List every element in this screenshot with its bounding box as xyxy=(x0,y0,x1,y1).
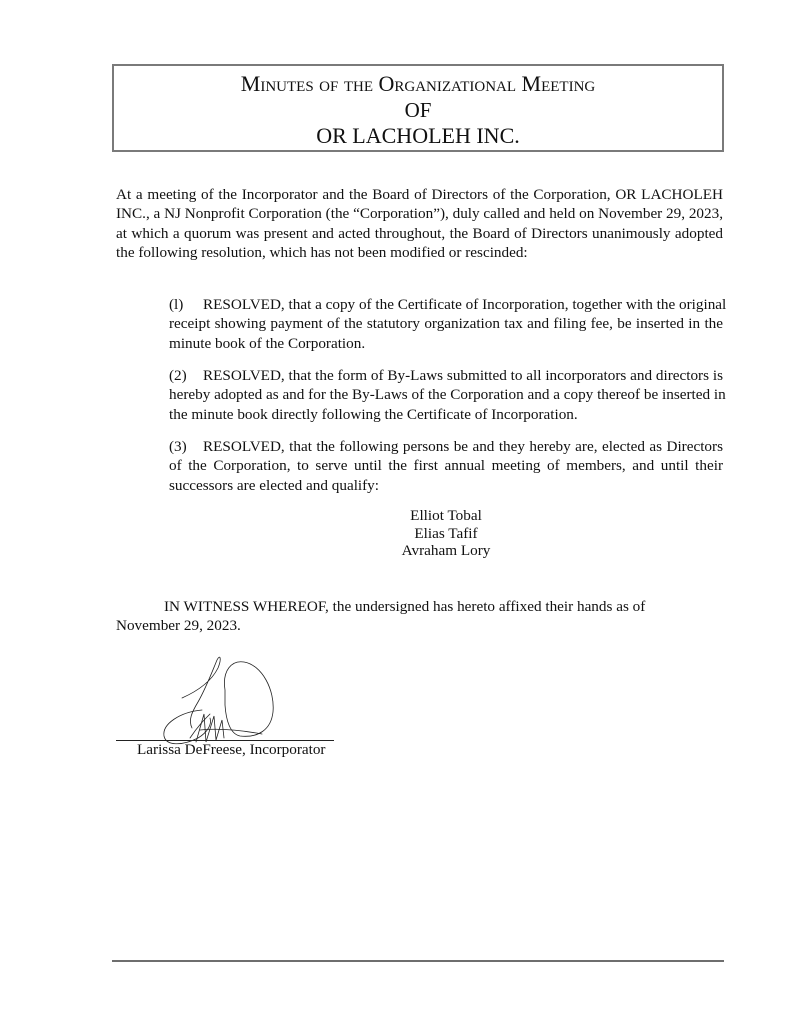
intro-line: the following resolution, which has not … xyxy=(116,243,723,262)
document-title-box: Minutes of the Organizational Meeting OF… xyxy=(112,64,724,152)
resolution-text: of the Corporation, to serve until the f… xyxy=(169,456,723,475)
resolution-number: (2) xyxy=(169,366,203,385)
intro-paragraph: At a meeting of the Incorporator and the… xyxy=(116,185,723,263)
signatory-name: Larissa DeFreese, Incorporator xyxy=(137,741,326,759)
resolution-3: (3)RESOLVED, that the following persons … xyxy=(169,437,723,495)
witness-line-1: IN WITNESS WHEREOF, the undersigned has … xyxy=(116,597,676,616)
resolution-text: the minute book directly following the C… xyxy=(169,405,723,424)
title-line-1: Minutes of the Organizational Meeting xyxy=(114,72,722,96)
resolution-text: RESOLVED, that the form of By-Laws submi… xyxy=(203,367,723,384)
resolution-1: (l)RESOLVED, that a copy of the Certific… xyxy=(169,295,723,353)
title-line-3: OR LACHOLEH INC. xyxy=(114,124,722,148)
intro-line: INC., a NJ Nonprofit Corporation (the “C… xyxy=(116,204,723,223)
signature-icon xyxy=(140,650,300,750)
resolution-text: RESOLVED, that the following persons be … xyxy=(203,438,723,455)
intro-line: At a meeting of the Incorporator and the… xyxy=(116,185,723,204)
witness-line-2: November 29, 2023. xyxy=(116,616,676,635)
directors-list: Elliot Tobal Elias Tafif Avraham Lory xyxy=(169,507,723,560)
resolution-2: (2)RESOLVED, that the form of By-Laws su… xyxy=(169,366,723,424)
footer-divider xyxy=(112,960,724,962)
resolution-text: RESOLVED, that a copy of the Certificate… xyxy=(203,296,726,313)
resolution-text: hereby adopted as and for the By-Laws of… xyxy=(169,385,723,404)
director-name: Elliot Tobal xyxy=(169,507,723,525)
resolution-number: (l) xyxy=(169,295,203,314)
intro-line: at which a quorum was present and acted … xyxy=(116,224,723,243)
witness-clause: IN WITNESS WHEREOF, the undersigned has … xyxy=(116,597,676,635)
director-name: Elias Tafif xyxy=(169,525,723,543)
resolution-text: receipt showing payment of the statutory… xyxy=(169,314,723,333)
resolution-text: successors are elected and qualify: xyxy=(169,476,723,495)
resolution-text: minute book of the Corporation. xyxy=(169,334,723,353)
title-line-2: OF xyxy=(114,98,722,122)
resolution-number: (3) xyxy=(169,437,203,456)
director-name: Avraham Lory xyxy=(169,542,723,560)
